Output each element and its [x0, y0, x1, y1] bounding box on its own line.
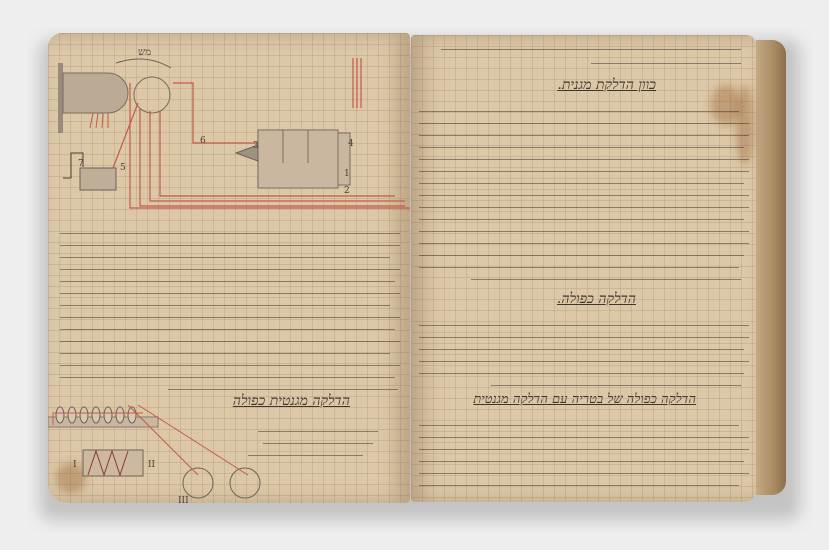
- right-heading-1: כוון הדלקת מגנית.: [557, 77, 656, 94]
- label-3: 3: [253, 141, 259, 151]
- label-4: 4: [348, 139, 354, 149]
- stain: [736, 85, 754, 165]
- label-2: 2: [344, 186, 350, 196]
- wiring-diagram-bottom: I II III: [48, 405, 268, 505]
- svg-text:III: III: [178, 496, 189, 505]
- wiring-diagram-top: מש 6 4 1 2 3 5 7: [48, 33, 410, 223]
- right-page: כוון הדלקת מגנית. הדלקה כפולה. הדלקה כפו…: [411, 35, 756, 502]
- left-page: מש 6 4 1 2 3 5 7: [48, 33, 410, 503]
- label-7: 7: [78, 159, 84, 169]
- label-1: 1: [344, 169, 350, 179]
- label-cap: מש: [138, 47, 151, 58]
- label-5: 5: [120, 163, 126, 173]
- book-page-edge: [756, 40, 786, 495]
- right-heading-2: הדלקה כפולה.: [557, 291, 636, 308]
- right-heading-3: הדלקה כפולה של בטריה עם הדלקה מגנטית: [473, 391, 696, 407]
- svg-text:I: I: [73, 460, 77, 470]
- svg-text:II: II: [148, 460, 156, 470]
- label-6: 6: [200, 136, 206, 146]
